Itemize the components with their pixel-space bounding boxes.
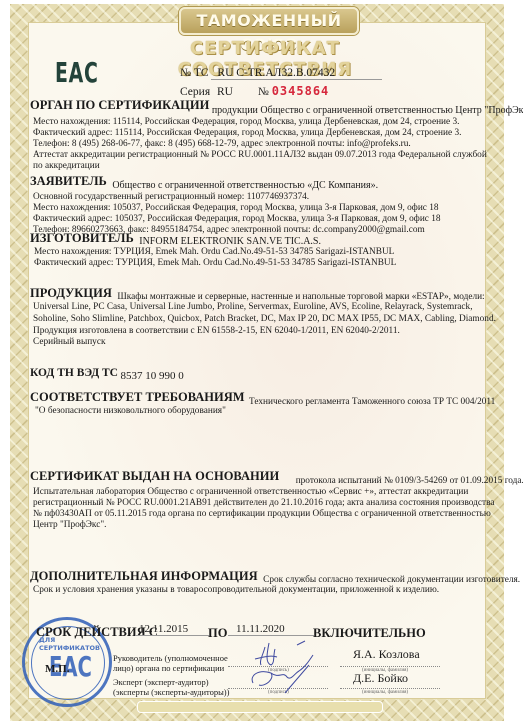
certification-body-heading: ОРГАН ПО СЕРТИФИКАЦИИ xyxy=(30,98,209,112)
additional-info-value: Срок службы согласно технической докумен… xyxy=(263,575,520,585)
certification-body-line: Фактический адрес: 115114, Российская Фе… xyxy=(33,128,461,139)
manufacturer-line: Место нахождения: ТУРЦИЯ, Emek Mah. Ordu… xyxy=(34,247,394,258)
certification-body-section: ОРГАН ПО СЕРТИФИКАЦИИ продукции Общество… xyxy=(30,100,523,112)
form-footer-fine-print xyxy=(137,701,383,713)
requirements-section: СООТВЕТСТВУЕТ ТРЕБОВАНИЯМ Технического р… xyxy=(30,392,495,405)
certification-body-line: Место нахождения: 115114, Российская Фед… xyxy=(33,117,459,128)
expert-role: Эксперт (эксперт-аудитор) (эксперты (экс… xyxy=(113,677,229,697)
product-line: Серийный выпуск xyxy=(33,337,105,348)
series-value: RU xyxy=(217,86,233,98)
applicant-section: ЗАЯВИТЕЛЬ Общество с ограниченной ответс… xyxy=(30,176,378,188)
head-role-line: Руководитель (уполномоченное xyxy=(113,653,228,663)
applicant-name: Общество с ограниченной ответственностью… xyxy=(112,180,378,191)
basis-line: регистрационный № РОСС RU.0001.21АВ91 де… xyxy=(33,498,495,509)
product-heading: ПРОДУКЦИЯ xyxy=(30,286,112,300)
basis-line: Центр "ПрофЭкс". xyxy=(33,520,106,531)
requirements-value: Технического регламента Таможенного союз… xyxy=(249,397,495,407)
basis-value: протокола испытаний № 0109/3-54269 от 01… xyxy=(296,476,523,486)
head-role-line: лицо) органа по сертификации xyxy=(113,663,228,673)
certification-body-line: по аккредитации xyxy=(33,161,100,172)
product-line: Universal Line, PC Casa, Universal Line … xyxy=(33,302,473,313)
applicant-line: Основной государственный регистрационный… xyxy=(33,192,309,203)
eac-logo-icon: ЕАС xyxy=(55,56,99,89)
handwritten-signature-icon xyxy=(245,635,325,700)
manufacturer-heading: ИЗГОТОВИТЕЛЬ xyxy=(30,231,134,245)
expert-name-line xyxy=(340,688,440,689)
tc-number: RU C-TR.АЛ32.B.07432 xyxy=(211,67,382,80)
basis-line: Испытательная лаборатория Общество с огр… xyxy=(33,487,468,498)
manufacturer-line: Фактический адрес: ТУРЦИЯ, Emek Mah. Ord… xyxy=(34,258,396,269)
tc-label: № ТС xyxy=(180,67,209,79)
series-row: Серия RU № 0345864 xyxy=(180,84,329,98)
product-name: Шкафы монтажные и серверные, настенные и… xyxy=(117,292,484,302)
basis-heading: СЕРТИФИКАТ ВЫДАН НА ОСНОВАНИИ xyxy=(30,469,279,483)
expert-name: Д.Е. Бойко xyxy=(353,673,408,684)
basis-line: № пф03430АП от 05.11.2015 года органа по… xyxy=(33,509,491,520)
head-name: Я.А. Козлова xyxy=(353,649,420,660)
applicant-line: Фактический адрес: 105037, Российская Фе… xyxy=(33,214,441,225)
head-role: Руководитель (уполномоченное лицо) орган… xyxy=(113,653,228,673)
customs-union-banner: ТАМОЖЕННЫЙ СОЮЗ xyxy=(179,7,359,35)
expert-name-caption: (инициалы, фамилия) xyxy=(362,690,408,695)
series-label: Серия xyxy=(180,86,210,98)
certification-body-name: продукции Общество с ограниченной ответс… xyxy=(212,105,523,116)
manufacturer-name: INFORM ELEKTRONIK SAN.VE TIC.A.S. xyxy=(139,236,321,247)
tc-number-row: № ТС RU C-TR.АЛ32.B.07432 xyxy=(180,67,382,80)
head-name-line xyxy=(340,666,440,667)
applicant-line: Место нахождения: 105037, Российская Фед… xyxy=(33,203,439,214)
additional-info-section: ДОПОЛНИТЕЛЬНАЯ ИНФОРМАЦИЯ Срок службы со… xyxy=(30,571,520,584)
hs-code-value: 8537 10 990 0 xyxy=(120,370,183,382)
validity-inclusive-label: ВКЛЮЧИТЕЛЬНО xyxy=(313,628,426,639)
certification-body-line: Телефон: 8 (495) 268-06-77, факс: 8 (495… xyxy=(33,139,411,150)
certification-body-line: Аттестат аккредитации регистрационный № … xyxy=(33,150,487,161)
requirements-heading: СООТВЕТСТВУЕТ ТРЕБОВАНИЯМ xyxy=(30,390,245,404)
product-line: Soholine, Soho Slimline, Patchbox, Quicb… xyxy=(33,314,496,325)
expert-role-line: (эксперты (эксперты-аудиторы)) xyxy=(113,687,229,697)
validity-to-label: ПО xyxy=(208,628,227,639)
applicant-heading: ЗАЯВИТЕЛЬ xyxy=(30,174,107,188)
validity-from-date: 12.11.2015 xyxy=(135,624,209,636)
serial-number: 0345864 xyxy=(272,84,330,98)
seal-label: М.П. xyxy=(45,664,69,675)
manufacturer-section: ИЗГОТОВИТЕЛЬ INFORM ELEKTRONIK SAN.VE TI… xyxy=(30,233,321,245)
product-section: ПРОДУКЦИЯ Шкафы монтажные и серверные, н… xyxy=(30,288,485,301)
hs-code-section: КОД ТН ВЭД ТС 8537 10 990 0 xyxy=(30,368,184,379)
basis-section: СЕРТИФИКАТ ВЫДАН НА ОСНОВАНИИ протокола … xyxy=(30,471,523,484)
product-line: Продукция изготовлена в соответствии с E… xyxy=(33,326,400,337)
hs-code-heading: КОД ТН ВЭД ТС xyxy=(30,367,118,379)
additional-info-heading: ДОПОЛНИТЕЛЬНАЯ ИНФОРМАЦИЯ xyxy=(30,569,258,583)
requirements-line: "О безопасности низковольтного оборудова… xyxy=(35,406,226,417)
expert-role-line: Эксперт (эксперт-аудитор) xyxy=(113,677,229,687)
serial-label: № xyxy=(258,86,269,98)
additional-info-line: Срок и условия хранения указаны в товаро… xyxy=(33,585,439,596)
